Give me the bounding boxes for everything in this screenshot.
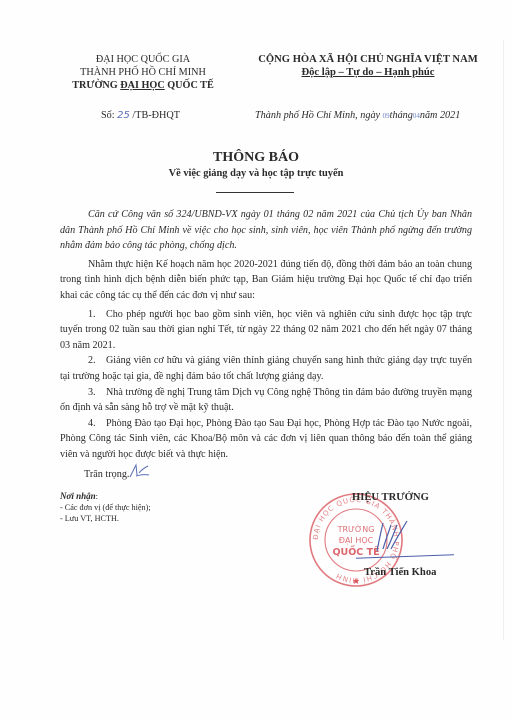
list-item: 4.Phòng Đào tạo Đại học, Phòng Đào tạo S… [60, 416, 472, 463]
signature-icon [373, 517, 413, 557]
year-text: năm 2021 [420, 110, 460, 121]
recipients-colon: : [96, 492, 98, 501]
signatory-title: HIỆU TRƯỞNG [352, 492, 429, 503]
school-suffix: QUỐC TẾ [165, 80, 214, 91]
item-text: Cho phép người học bao gồm sinh viên, họ… [60, 309, 472, 351]
recipients-label: Nơi nhận [60, 491, 96, 501]
item-text: Giảng viên cơ hữu và giảng viên thỉnh gi… [60, 355, 472, 382]
item-number: 4. [88, 416, 106, 432]
handwritten-month: 04 [413, 112, 420, 120]
list-item: 1.Cho phép người học bao gồm sinh viên, … [60, 307, 472, 354]
document-page: ĐẠI HỌC QUỐC GIA THÀNH PHỐ HỒ CHÍ MINH T… [0, 0, 512, 720]
issuer-line-2: THÀNH PHỐ HỒ CHÍ MINH [68, 66, 218, 79]
item-text: Phòng Đào tạo Đại học, Phòng Đào tạo Sau… [60, 418, 472, 460]
initials-scribble-icon [128, 463, 150, 479]
issuer-header: ĐẠI HỌC QUỐC GIA THÀNH PHỐ HỒ CHÍ MINH T… [68, 53, 218, 92]
title-divider [216, 192, 294, 193]
item-text: Nhà trường đề nghị Trung tâm Dịch vụ Côn… [60, 387, 472, 414]
closing: Trân trọng. [84, 463, 150, 480]
dateline: Thành phố Hồ Chí Minh, ngày 09tháng04năm… [255, 110, 460, 121]
reference-label: Số: [101, 110, 117, 121]
recipients-block: Nơi nhận: - Các đơn vị (để thực hiện); -… [60, 491, 151, 524]
document-body: Căn cứ Công văn số 324/UBND-VX ngày 01 t… [60, 207, 472, 463]
handwritten-number: 25 [117, 110, 130, 121]
signatory-name: Trần Tiến Khoa [364, 567, 436, 578]
recipient-item: - Các đơn vị (để thực hiện); [60, 502, 151, 513]
list-item: 3.Nhà trường đề nghị Trung tâm Dịch vụ C… [60, 385, 472, 416]
svg-text:ĐẠI HỌC: ĐẠI HỌC [339, 536, 374, 546]
document-title: THÔNG BÁO [0, 150, 512, 166]
item-number: 2. [88, 353, 106, 369]
dateline-prefix: Thành phố Hồ Chí Minh, ngày [255, 110, 383, 121]
preamble-paragraph: Căn cứ Công văn số 324/UBND-VX ngày 01 t… [60, 207, 472, 254]
issuer-line-1: ĐẠI HỌC QUỐC GIA [68, 53, 218, 66]
closing-text: Trân trọng. [84, 469, 129, 480]
item-number: 3. [88, 385, 106, 401]
svg-text:TRƯỜNG: TRƯỜNG [337, 523, 375, 534]
handwritten-day: 09 [383, 112, 390, 120]
issuer-school: TRƯỜNG ĐẠI HỌC QUỐC TẾ [68, 79, 218, 92]
national-motto: Độc lập – Tự do – Hạnh phúc [252, 66, 484, 79]
school-prefix: TRƯỜNG [72, 80, 120, 91]
reference-code: /TB-ĐHQT [130, 110, 180, 121]
national-header: CỘNG HÒA XÃ HỘI CHỦ NGHĨA VIỆT NAM Độc l… [252, 53, 484, 79]
country-name: CỘNG HÒA XÃ HỘI CHỦ NGHĨA VIỆT NAM [252, 53, 484, 66]
school-underlined: ĐẠI HỌC [120, 80, 164, 91]
month-label: tháng [390, 110, 413, 121]
scan-edge [503, 40, 504, 640]
document-subtitle: Về việc giảng dạy và học tập trực tuyến [0, 168, 512, 179]
svg-text:★: ★ [352, 576, 360, 586]
intro-paragraph: Nhằm thực hiện Kế hoạch năm học 2020-202… [60, 257, 472, 304]
reference-number: Số: 25 /TB-ĐHQT [101, 110, 180, 121]
list-item: 2.Giảng viên cơ hữu và giảng viên thỉnh … [60, 353, 472, 384]
item-number: 1. [88, 307, 106, 323]
recipient-item: - Lưu VT, HCTH. [60, 513, 151, 524]
recipients-heading: Nơi nhận: [60, 491, 151, 502]
